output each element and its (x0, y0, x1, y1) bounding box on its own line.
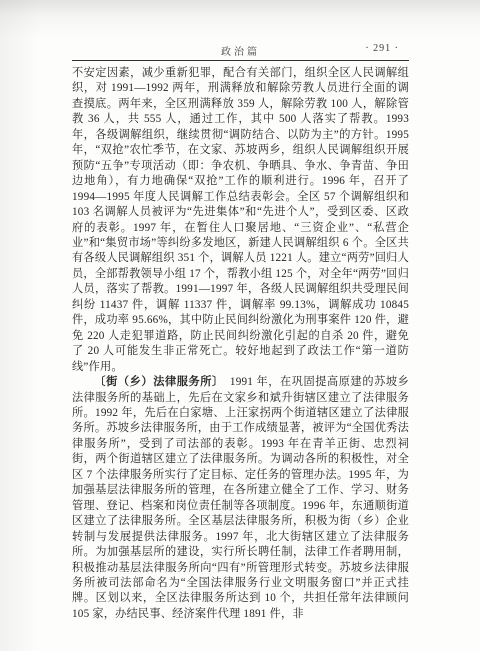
section-text: 1991 年，在巩固提高原建的苏坡乡法律服务所的基础上，先后在文家乡和斌升街辖区… (72, 376, 409, 620)
page-body: 不安定因素，减少重新犯罪，配合有关部门，组织全区人民调解组织，对 1991—19… (72, 66, 409, 622)
page-number: · 291 · (365, 43, 399, 54)
running-header: 政治篇 · 291 · (72, 43, 409, 57)
paragraph-legal-services: 〔街（乡）法律服务所〕1991 年，在巩固提高原建的苏坡乡法律服务所的基础上，先… (72, 375, 409, 622)
paragraph-mediation: 不安定因素，减少重新犯罪，配合有关部门，组织全区人民调解组织，对 1991—19… (72, 66, 409, 375)
section-heading: 〔街（乡）法律服务所〕 (94, 376, 223, 388)
chapter-title: 政治篇 (72, 43, 409, 58)
header-rule (72, 60, 409, 61)
